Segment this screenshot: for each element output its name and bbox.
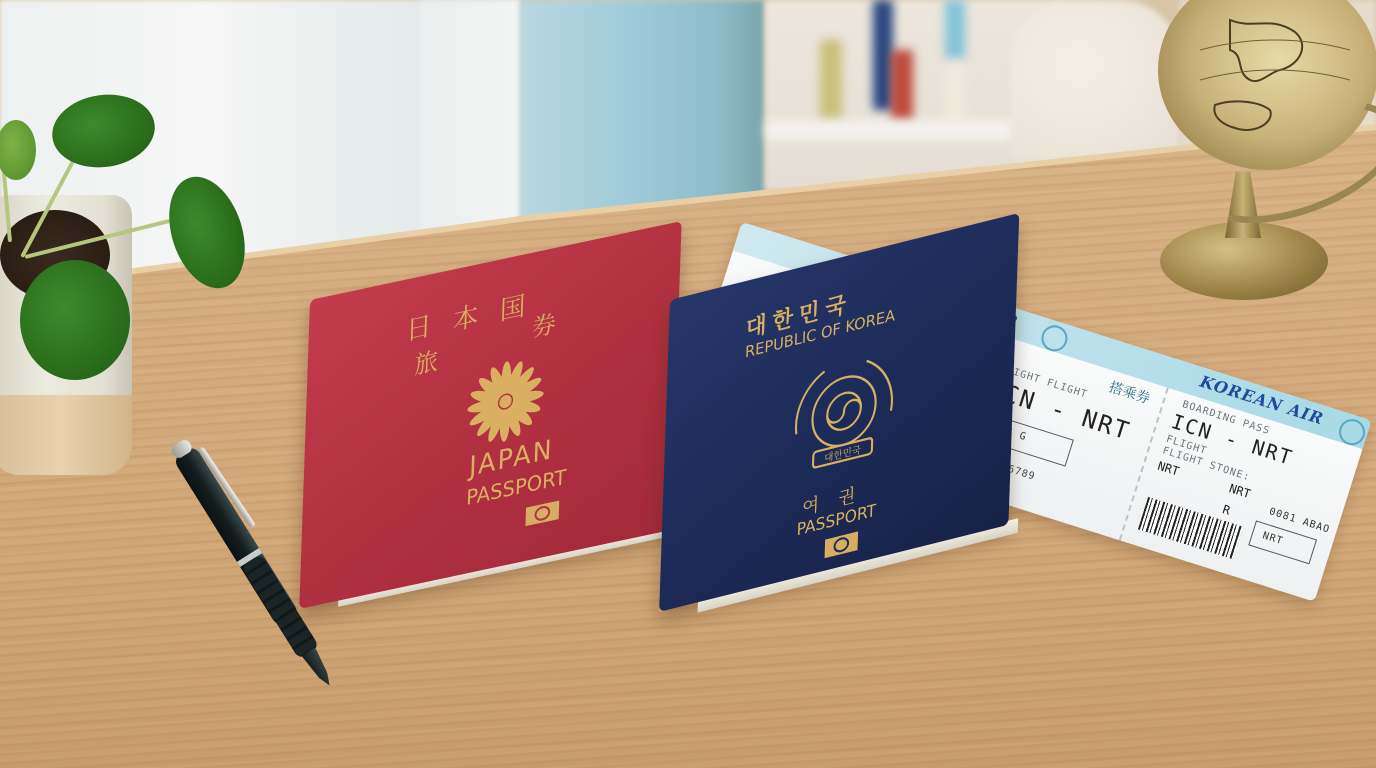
- stub-seat: R: [1221, 502, 1232, 518]
- stub-destination: NRT: [1156, 459, 1181, 479]
- stub-destination: NRT: [1227, 481, 1252, 501]
- korean-label: 搭乘券: [1107, 377, 1153, 409]
- biometric-chip-icon: [525, 501, 559, 527]
- korea-emblem-icon: 대한민국: [779, 338, 909, 484]
- chair-back: [1010, 0, 1180, 160]
- japan-kanji-ryo: 旅: [414, 340, 439, 381]
- japan-kanji-title: 日本国: [405, 280, 547, 348]
- pot-base: [0, 395, 132, 475]
- photo-scene: KOREAN AIR → FLIGHT FLIGHT ICN - NRT No.…: [0, 0, 1376, 768]
- window-frame: [420, 0, 520, 240]
- plant-leaf: [20, 260, 130, 380]
- biometric-chip-icon: [824, 531, 858, 558]
- japan-kanji-ken: 券: [532, 303, 557, 344]
